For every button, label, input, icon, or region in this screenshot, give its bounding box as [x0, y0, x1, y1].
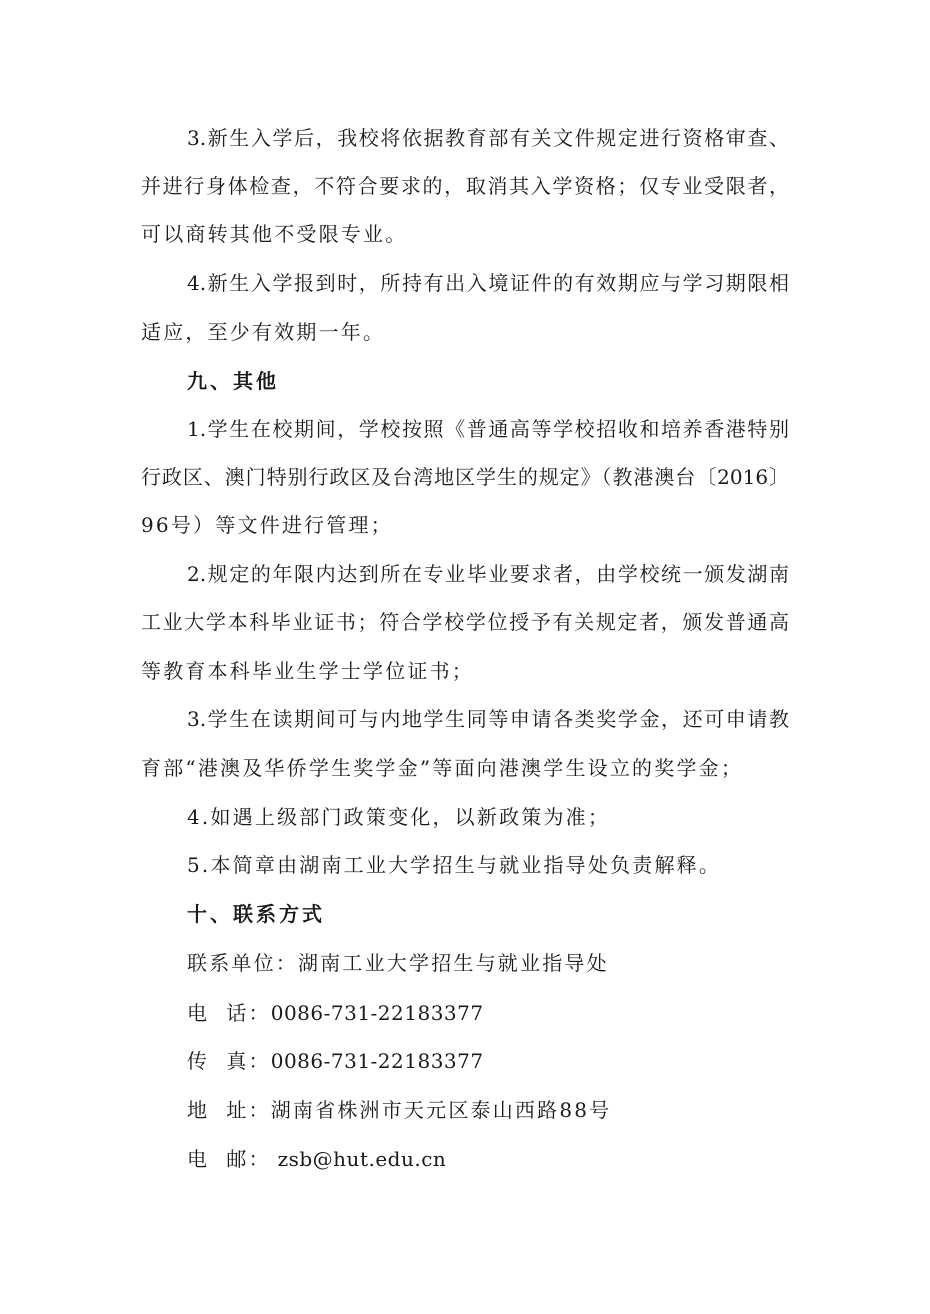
contact-label: 传 真： [187, 1049, 271, 1073]
paragraph-line: 2.规定的年限内达到所在专业毕业要求者，由学校统一颁发湖南 [187, 561, 789, 587]
paragraph-line: 1.学生在校期间，学校按照《普通高等学校招收和培养香港特别 [187, 416, 789, 442]
contact-email: 电 邮： zsb@hut.edu.cn [187, 1146, 446, 1172]
contact-value: zsb@hut.edu.cn [271, 1147, 447, 1171]
contact-label: 电 邮： [187, 1147, 271, 1171]
paragraph-line: 3.新生入学后，我校将依据教育部有关文件规定进行资格审查、 [187, 125, 789, 151]
contact-value: 湖南省株洲市天元区泰山西路88号 [271, 1098, 612, 1122]
paragraph-line: 5.本简章由湖南工业大学招生与就业指导处负责解释。 [187, 852, 721, 878]
contact-fax: 传 真：0086-731-22183377 [187, 1048, 484, 1074]
section-heading-other: 九、其他 [187, 368, 279, 394]
document-page: 3.新生入学后，我校将依据教育部有关文件规定进行资格审查、 并进行身体检查，不符… [0, 0, 930, 1314]
contact-label: 联系单位： [187, 951, 298, 975]
paragraph-line: 4.如遇上级部门政策变化，以新政策为准； [187, 804, 610, 830]
contact-address: 地 址：湖南省株洲市天元区泰山西路88号 [187, 1097, 611, 1123]
contact-label: 地 址： [187, 1098, 271, 1122]
contact-unit: 联系单位：湖南工业大学招生与就业指导处 [187, 950, 609, 976]
contact-phone: 电 话：0086-731-22183377 [187, 1000, 484, 1026]
contact-label: 电 话： [187, 1001, 271, 1025]
paragraph-line: 并进行身体检查，不符合要求的，取消其入学资格；仅专业受限者， [141, 173, 789, 199]
paragraph-line: 4.新生入学报到时，所持有出入境证件的有效期应与学习期限相 [187, 270, 789, 296]
paragraph-line: 适应，至少有效期一年。 [141, 319, 385, 345]
section-heading-contact: 十、联系方式 [187, 901, 325, 927]
contact-value: 0086-731-22183377 [271, 1049, 484, 1073]
paragraph-line: 等教育本科毕业生学士学位证书； [141, 658, 474, 684]
contact-value: 0086-731-22183377 [271, 1001, 484, 1025]
paragraph-line: 3.学生在读期间可与内地学生同等申请各类奖学金，还可申请教 [187, 706, 789, 732]
paragraph-line: 行政区、澳门特别行政区及台湾地区学生的规定》（教港澳台〔2016〕 [141, 464, 789, 490]
paragraph-line: 96号）等文件进行管理； [141, 512, 393, 538]
paragraph-line: 育部“港澳及华侨学生奖学金”等面向港澳学生设立的奖学金； [141, 755, 743, 781]
paragraph-line: 工业大学本科毕业证书；符合学校学位授予有关规定者，颁发普通高 [141, 609, 789, 635]
contact-value: 湖南工业大学招生与就业指导处 [298, 951, 609, 975]
paragraph-line: 可以商转其他不受限专业。 [141, 221, 407, 247]
